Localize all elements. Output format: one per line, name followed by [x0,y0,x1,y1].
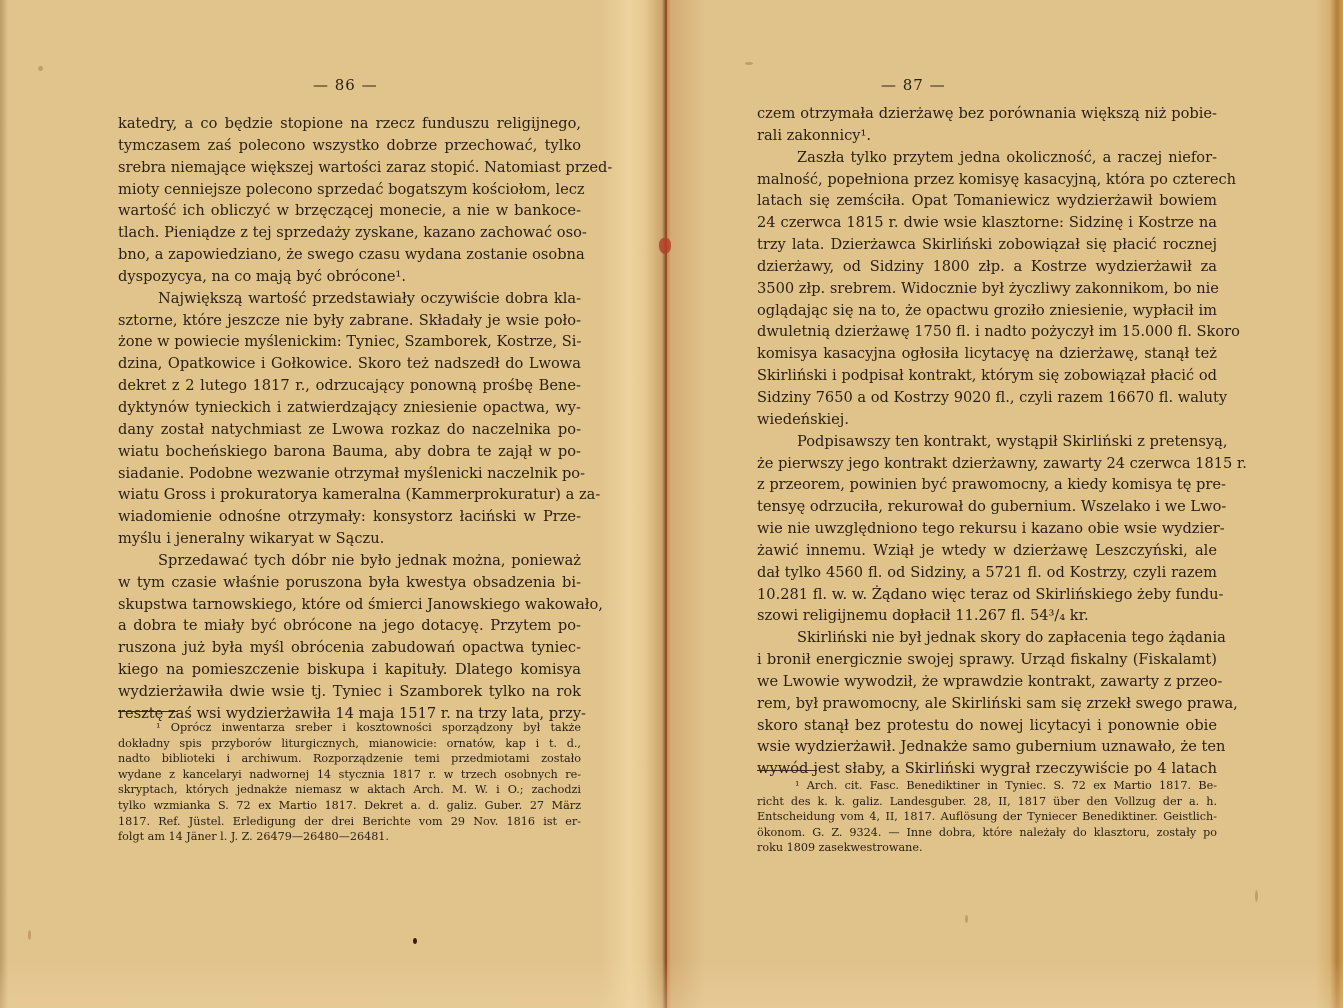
text-line: sztorne, które jeszcze nie były zabrane.… [118,310,581,332]
text-line: srebra niemające większej wartości zaraz… [118,157,581,179]
footnote-line: folgt am 14 Jäner l. J. Z. 26479—26480—2… [118,829,581,845]
paragraph-start: Podpisawszy ten kontrakt, wystąpił Skirl… [757,431,1217,453]
text-line: wydzierżawiła dwie wsie tj. Tyniec i Sza… [118,681,581,703]
text-line: kiego na pomieszczenie biskupa i kapituł… [118,659,581,681]
text-line: dzierżawy, od Sidziny 1800 złp. a Kostrz… [757,256,1217,278]
text-line: dany został natychmiast ze Lwowa rozkaz … [118,419,581,441]
text-line: 10.281 fl. w. w. Żądano więc teraz od Sk… [757,584,1217,606]
text-line: we Lwowie wywodził, że wprawdzie kontrak… [757,671,1217,693]
text-line: żone w powiecie myślenickim: Tyniec, Sza… [118,331,581,353]
text-line: oglądając się na to, że opactwu groziło … [757,300,1217,322]
text-line: tlach. Pieniądze z tej sprzedaży zyskane… [118,222,581,244]
text-line: wie nie uwzględniono tego rekursu i kaza… [757,518,1217,540]
paper-stain [28,930,31,940]
book-gutter [665,0,667,1008]
text-line: i bronił energicznie swojej sprawy. Urzą… [757,649,1217,671]
text-line: rali zakonnicy¹. [757,125,1217,147]
text-line: dwuletnią dzierżawę 1750 fl. i nadto poż… [757,321,1217,343]
right-page: — 87 — czem otrzymała dzierżawę bez poró… [665,0,1343,1008]
text-line: czem otrzymała dzierżawę bez porównania … [757,103,1217,125]
text-line: 3500 złp. srebrem. Widocznie był życzliw… [757,278,1217,300]
paragraph-start: Skirliński nie był jednak skory do zapła… [757,627,1217,649]
text-line: że pierwszy jego kontrakt dzierżawny, za… [757,453,1217,475]
paragraph-start: Największą wartość przedstawiały oczywiś… [118,288,581,310]
book-spread: — 86 — katedry, a co będzie stopione na … [0,0,1343,1008]
paragraph-start: Sprzedawać tych dóbr nie było jednak moż… [118,550,581,572]
text-line: komisya kasacyjna ogłosiła licytacyę na … [757,343,1217,365]
footnote-separator [757,770,817,771]
text-line: z przeorem, powinien być prawomocny, a k… [757,474,1217,496]
text-line: dyspozycya, na co mają być obrócone¹. [118,266,581,288]
footnote-line: richt des k. k. galiz. Landesguber. 28, … [757,794,1217,810]
paper-stain [1255,890,1258,902]
text-line: wiadomienie odnośne otrzymały: konsystor… [118,506,581,528]
binding-thread [659,238,671,254]
text-line: a dobra te miały być obrócone na jego do… [118,615,581,637]
text-line: ruszona już była myśl obrócenia zabudowa… [118,637,581,659]
text-line: wiatu Gross i prokuratorya kameralna (Ka… [118,484,581,506]
footnote-line: dokładny spis przyborów liturgicznych, m… [118,736,581,752]
left-page-footnote: ¹ Oprócz inwentarza sreber i kosztownośc… [118,720,581,845]
right-page-body: czem otrzymała dzierżawę bez porównania … [757,103,1217,780]
right-page-footnote: ¹ Arch. cit. Fasc. Benediktiner in Tynie… [757,778,1217,856]
page-number-86: — 86 — [313,76,378,94]
text-line: wiatu bocheńskiego barona Bauma, aby dob… [118,441,581,463]
text-line: bno, a zapowiedziano, że swego czasu wyd… [118,244,581,266]
text-line: malność, popełniona przez komisyę kasacy… [757,169,1217,191]
footnote-separator [118,711,178,712]
text-line: tymczasem zaś polecono wszystko dobrze p… [118,135,581,157]
text-line: Skirliński i podpisał kontrakt, którym s… [757,365,1217,387]
left-page: — 86 — katedry, a co będzie stopione na … [0,0,665,1008]
footnote-line: ¹ Arch. cit. Fasc. Benediktiner in Tynie… [757,778,1217,794]
text-line: latach się zemściła. Opat Tomaniewicz wy… [757,190,1217,212]
text-line: myślu i jeneralny wikaryat w Sączu. [118,528,581,550]
footnote-line: skryptach, których jednakże niemasz w ak… [118,782,581,798]
page-number-87: — 87 — [881,76,946,94]
text-line: tensyę odrzuciła, rekurował do gubernium… [757,496,1217,518]
text-line: 24 czerwca 1815 r. dwie wsie klasztorne:… [757,212,1217,234]
text-line: szowi religijnemu dopłacił 11.267 fl. 54… [757,605,1217,627]
text-line: dzina, Opatkowice i Gołkowice. Skoro też… [118,353,581,375]
paper-stain [965,915,968,923]
ink-spot [413,938,417,944]
text-line: katedry, a co będzie stopione na rzecz f… [118,113,581,135]
footnote-line: wydane z kancelaryi nadwornej 14 styczni… [118,767,581,783]
footnote-line: Entscheidung vom 4, II, 1817. Auflösung … [757,809,1217,825]
text-line: dał tylko 4560 fl. od Sidziny, a 5721 fl… [757,562,1217,584]
footnote-line: roku 1809 zasekwestrowane. [757,840,1217,856]
text-line: Sidziny 7650 a od Kostrzy 9020 fl., czyl… [757,387,1217,409]
text-line: w tym czasie właśnie poruszona była kwes… [118,572,581,594]
footnote-line: 1817. Ref. Jüstel. Erledigung der drei B… [118,814,581,830]
paragraph-start: Zaszła tylko przytem jedna okoliczność, … [757,147,1217,169]
text-line: wsie wydzierżawił. Jednakże samo guberni… [757,736,1217,758]
paper-stain [38,66,43,71]
text-line: trzy lata. Dzierżawca Skirliński zobowią… [757,234,1217,256]
text-line: wartość ich obliczyć w brzęczącej moneci… [118,200,581,222]
text-line: siadanie. Podobne wezwanie otrzymał myśl… [118,463,581,485]
text-line: mioty cenniejsze polecono sprzedać bogat… [118,179,581,201]
footnote-line: tylko wzmianka S. 72 ex Martio 1817. Dek… [118,798,581,814]
text-line: skoro stanął bez protestu do nowej licyt… [757,715,1217,737]
text-line: skupstwa tarnowskiego, które od śmierci … [118,594,581,616]
footnote-line: ¹ Oprócz inwentarza sreber i kosztownośc… [118,720,581,736]
text-line: wywód jest słaby, a Skirliński wygrał rz… [757,758,1217,780]
left-page-body: katedry, a co będzie stopione na rzecz f… [118,113,581,725]
footnote-line: nadto biblioteki i archiwum. Rozporządze… [118,751,581,767]
text-line: dekret z 2 lutego 1817 r., odrzucający p… [118,375,581,397]
text-line: rem, był prawomocny, ale Skirliński sam … [757,693,1217,715]
paper-stain [745,62,753,65]
text-line: żawić innemu. Wziął je wtedy w dzierżawę… [757,540,1217,562]
text-line: dyktynów tynieckich i zatwierdzający zni… [118,397,581,419]
footnote-line: ökonom. G. Z. 9324. — Inne dobra, które … [757,825,1217,841]
text-line: wiedeńskiej. [757,409,1217,431]
